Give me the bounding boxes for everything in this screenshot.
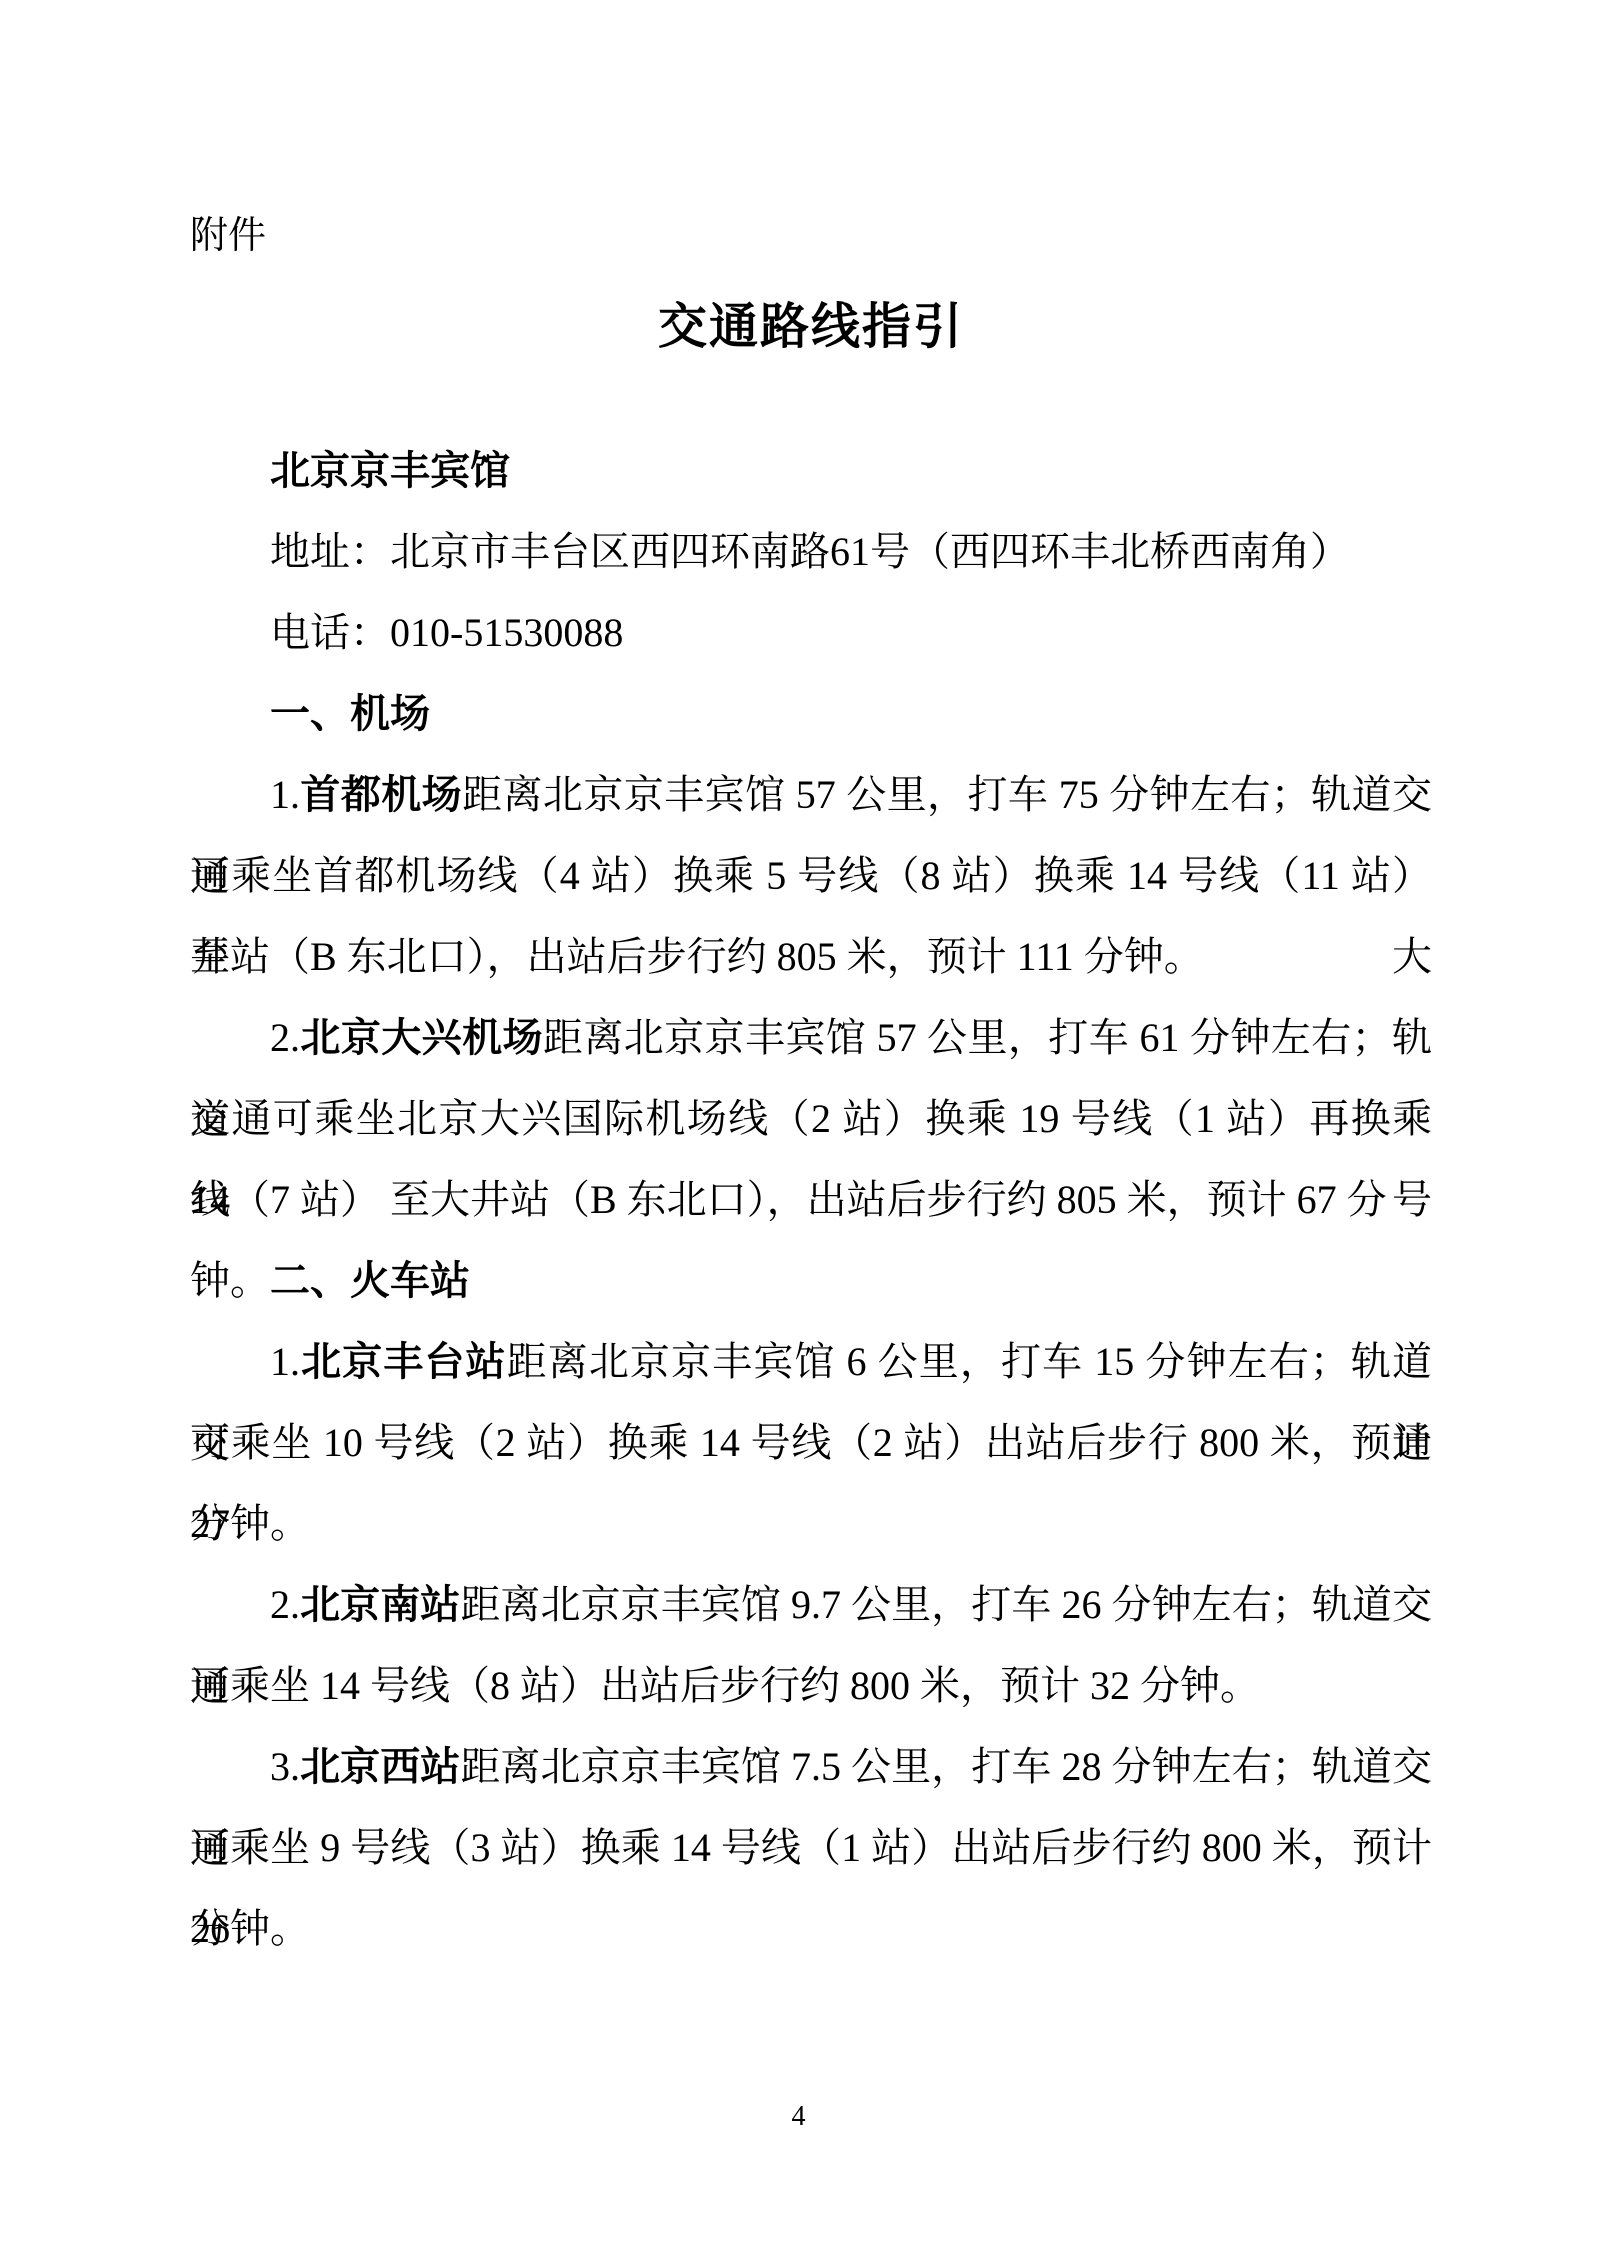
text-line: 1.首都机场距离北京京丰宾馆 57 公里，打车 75 分钟左右；轨道交通 [190, 754, 1432, 835]
heading-line: 二、火车站 [190, 1240, 1432, 1321]
emphasized-text: 北京南站 [300, 1583, 460, 1627]
emphasized-text: 北京西站 [300, 1745, 460, 1789]
body-text: 1. [270, 1339, 300, 1384]
body-text: 3. [270, 1744, 300, 1789]
document-content: 附件 交通路线指引 北京京丰宾馆地址：北京市丰台区西四环南路61号（西四环丰北桥… [190, 196, 1432, 1969]
emphasized-text: 首都机场 [300, 773, 462, 817]
text-line: 可乘坐首都机场线（4 站）换乘 5 号线（8 站）换乘 14 号线（11 站）至… [190, 835, 1432, 916]
emphasized-text: 一、机场 [270, 692, 430, 736]
text-line: 交通可乘坐北京大兴国际机场线（2 站）换乘 19 号线（1 站）再换乘 14 号 [190, 1078, 1432, 1159]
text-line: 地址：北京市丰台区西四环南路61号（西四环丰北桥西南角） [190, 511, 1432, 592]
text-line: 2.北京南站距离北京京丰宾馆 9.7 公里，打车 26 分钟左右；轨道交通 [190, 1564, 1432, 1645]
document-page: 附件 交通路线指引 北京京丰宾馆地址：北京市丰台区西四环南路61号（西四环丰北桥… [0, 0, 1597, 2242]
text-line: 可乘坐 9 号线（3 站）换乘 14 号线（1 站）出站后步行约 800 米，预… [190, 1807, 1432, 1888]
text-line: 分钟。 [190, 1483, 1432, 1564]
body-text: 地址：北京市丰台区西四环南路61号（西四环丰北桥西南角） [270, 529, 1350, 574]
heading-line: 一、机场 [190, 673, 1432, 754]
text-line: 可乘坐 14 号线（8 站）出站后步行约 800 米，预计 32 分钟。 [190, 1645, 1432, 1726]
attachment-label: 附件 [190, 196, 1432, 277]
document-body: 北京京丰宾馆地址：北京市丰台区西四环南路61号（西四环丰北桥西南角）电话：010… [190, 430, 1432, 1969]
emphasized-text: 北京丰台站 [300, 1340, 507, 1384]
page-number: 4 [0, 2096, 1597, 2138]
body-text: 1. [270, 772, 300, 817]
text-line: 线（7 站） 至大井站（B 东北口），出站后步行约 805 米，预计 67 分钟… [190, 1159, 1432, 1240]
page-title: 交通路线指引 [190, 277, 1432, 377]
emphasized-text: 北京大兴机场 [300, 1016, 543, 1060]
emphasized-text: 北京京丰宾馆 [270, 449, 510, 493]
body-text: 井站（B 东北口），出站后步行约 805 米，预计 111 分钟。 [190, 934, 1204, 979]
body-text: 分钟。 [190, 1501, 310, 1546]
text-line: 可乘坐 10 号线（2 站）换乘 14 号线（2 站）出站后步行 800 米，预… [190, 1402, 1432, 1483]
text-line: 电话：010-51530088 [190, 592, 1432, 673]
body-text: 2. [270, 1582, 300, 1627]
text-line: 3.北京西站距离北京京丰宾馆 7.5 公里，打车 28 分钟左右；轨道交通 [190, 1726, 1432, 1807]
text-line: 分钟。 [190, 1888, 1432, 1969]
text-line: 1.北京丰台站距离北京京丰宾馆 6 公里，打车 15 分钟左右；轨道交通 [190, 1321, 1432, 1402]
text-line: 2.北京大兴机场距离北京京丰宾馆 57 公里，打车 61 分钟左右；轨道 [190, 997, 1432, 1078]
body-text: 可乘坐 14 号线（8 站）出站后步行约 800 米，预计 32 分钟。 [190, 1663, 1260, 1708]
body-text: 2. [270, 1015, 300, 1060]
heading-line: 北京京丰宾馆 [190, 430, 1432, 511]
body-text: 电话：010-51530088 [270, 610, 623, 655]
body-text: 分钟。 [190, 1906, 310, 1951]
emphasized-text: 二、火车站 [270, 1259, 470, 1303]
